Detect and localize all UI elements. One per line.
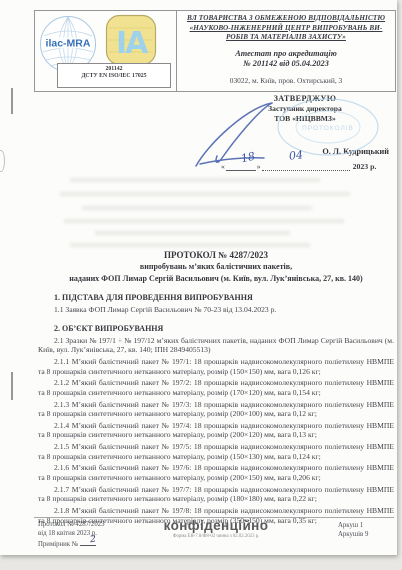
sample-item: 2.1.1 М’який балістичний пакет № 197/1: … xyxy=(38,357,394,376)
form-reference: Форма ЕЯ-7.8/Ф8-02 чинна з 02.02.2023 р. xyxy=(118,534,314,539)
sample-item: 2.1.4 М’який балістичний пакет № 197/4: … xyxy=(38,421,394,440)
copy-label: Примірник № xyxy=(38,541,78,548)
scan-edge-mark xyxy=(0,150,5,172)
scanned-document-page: ilac-MRA ІА 201142 ДСТУ EN ISO/ІЕС 17025… xyxy=(0,0,397,555)
attestation-block: Атестат про акредитацію № 201142 від 05.… xyxy=(183,49,389,70)
footer-copy-line: Примірник № 2 xyxy=(38,538,105,549)
sample-item: 2.1.2 М’який балістичний пакет № 197/2: … xyxy=(38,378,394,397)
accreditation-header: ilac-MRA ІА 201142 ДСТУ EN ISO/ІЕС 17025… xyxy=(34,10,396,92)
section2-heading: 2. ОБ’ЄКТ ВИПРОБУВАННЯ xyxy=(38,324,394,334)
ilac-mra-label: ilac-MRA xyxy=(46,38,91,50)
accreditation-number-box: 201142 ДСТУ EN ISO/ІЕС 17025 xyxy=(57,63,171,88)
scan-edge-mark xyxy=(11,88,13,114)
cert-standard: ДСТУ EN ISO/ІЕС 17025 xyxy=(58,73,170,79)
protocol-subtitle1: випробувань м’яких балістичних пакетів, xyxy=(38,262,394,272)
accreditation-text: ВЛ ТОВАРИСТВА З ОБМЕЖЕНОЮ ВІДПОВІДАЛЬНІС… xyxy=(177,11,395,91)
sample-item: 2.1.3 М’який балістичний пакет № 197/3: … xyxy=(38,400,394,419)
document-body: ПРОТОКОЛ № 4287/2023 випробувань м’яких … xyxy=(38,250,394,527)
accreditation-logos: ilac-MRA ІА 201142 ДСТУ EN ISO/ІЕС 17025 xyxy=(35,11,177,91)
test-center-monogram-icon: ІА xyxy=(105,14,157,66)
sample-item: 2.1.7 М’який балістичний пакет № 197/7: … xyxy=(38,485,394,504)
section1-heading: 1. ПІДСТАВА ДЛЯ ПРОВЕДЕННЯ ВИПРОБУВАННЯ xyxy=(38,293,394,303)
footer-center: конфіденційно Форма ЕЯ-7.8/Ф8-02 чинна з… xyxy=(118,518,314,539)
protocol-title: ПРОТОКОЛ № 4287/2023 xyxy=(38,250,394,261)
footer-protocol-ref: Протокол № 4287/2023 xyxy=(38,520,105,529)
cert-number: 201142 xyxy=(58,66,170,72)
stamp-text: ПРОТОКОЛІВ xyxy=(302,125,354,132)
confidential-mark: конфіденційно xyxy=(118,518,314,533)
signature-icon xyxy=(188,96,308,170)
section1-item: 1.1 Заявка ФОП Лимар Сергій Васильович №… xyxy=(38,305,394,315)
org-name-line3: РОБІВ ТА МАТЕРІАЛІВ ЗАХИСТУ» xyxy=(183,33,389,43)
org-name-line2: «НАУКОВО-ІНЖЕНЕРНИЙ ЦЕНТР ВИПРОБУВАНЬ ВИ… xyxy=(183,24,389,34)
protocol-subtitle2: наданих ФОП Лимар Сергій Васильович (м. … xyxy=(38,274,394,284)
org-name-line1: ВЛ ТОВАРИСТВА З ОБМЕЖЕНОЮ ВІДПОВІДАЛЬНІС… xyxy=(183,14,389,24)
footer-left: Протокол № 4287/2023 від 18 квітня 2023 … xyxy=(38,520,105,549)
sheets-total: Аркушів 9 xyxy=(338,530,368,539)
sample-item: 2.1.6 М’який балістичний пакет № 197/6: … xyxy=(38,463,394,482)
monogram-letters: ІА xyxy=(116,26,149,61)
org-address: 03022, м. Київ, пров. Охтирський, 3 xyxy=(183,76,389,85)
year-label: 2023 р. xyxy=(353,162,377,171)
sample-item: 2.1.5 М’який балістичний пакет № 197/5: … xyxy=(38,442,394,461)
sheet-number: Аркуш 1 xyxy=(338,521,368,530)
section2-intro: 2.1 Зразки № 197/1 ÷ № 197/12 м’яких бал… xyxy=(38,336,394,355)
attestation-title: Атестат про акредитацію xyxy=(183,49,389,60)
handwritten-copy-number: 2 xyxy=(90,535,97,545)
footer-right: Аркуш 1 Аркушів 9 xyxy=(338,521,368,539)
attestation-number: № 201142 від 05.04.2023 xyxy=(183,59,389,70)
scan-edge-mark xyxy=(11,372,13,400)
